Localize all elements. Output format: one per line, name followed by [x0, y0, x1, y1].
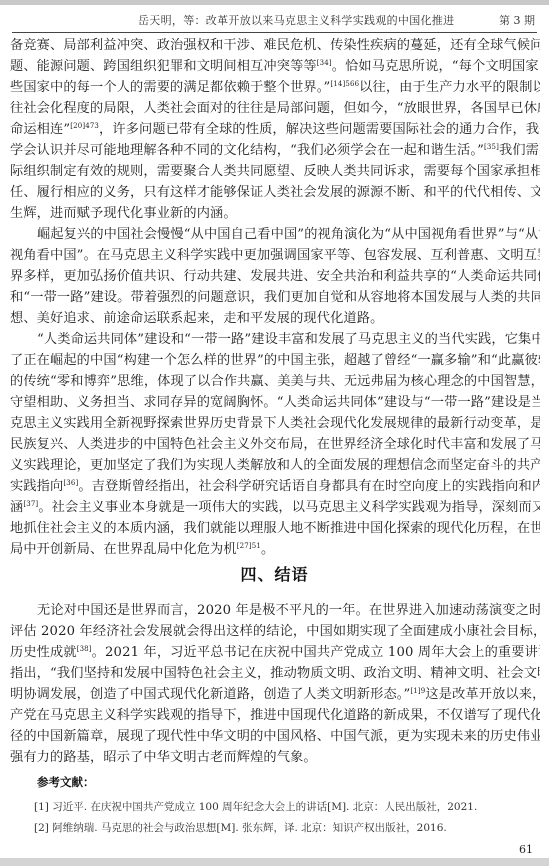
text-line: 往社会化程度的局限，人类社会面对的往往是局部问题，但如今，“放眼世界，各国早已休…: [10, 98, 540, 119]
citation-superscript: [38]: [77, 645, 92, 653]
text-run: 想、美好追求、前途命运联系起来，走和平发展的现代化道路。: [10, 311, 383, 326]
text-run: 生辉，进而赋予现代化事业新的内涵。: [10, 206, 237, 221]
references-title: 参考文献：: [37, 774, 95, 790]
text-run: 以往，由于生产力水平的限制以及交: [359, 80, 540, 95]
citation-superscript: [20]473: [70, 122, 99, 130]
reference-item: [2] 阿维纳瑞. 马克思的社会与政治思想[M]. 张东辉，译. 北京：知识产权…: [34, 818, 477, 839]
text-run: 局中开创新局、在世界乱局中化危为机: [10, 542, 237, 557]
body-paragraph: 备竞赛、局部利益冲突、政治强权和干涉、难民危机、传染性疾病的蔓延，还有全球气候问…: [10, 35, 540, 224]
text-line: 崛起复兴的中国社会慢慢“从中国自己看中国”的视角演化为“从中国视角看世界”与“从…: [10, 224, 540, 245]
header-rule: [12, 32, 537, 33]
running-title: 岳天明，等：改革开放以来马克思主义科学实践观的中国化推进: [138, 12, 454, 30]
text-line: 的传统“零和博弈”思维，体现了以合作共赢、美美与共、无远弗届为核心理念的中国智慧…: [10, 371, 540, 392]
viewer-top-edge: [0, 0, 549, 5]
text-line: 涵[37]。社会主义事业本身就是一项伟大的实践，以马克思主义科学实践观为指导，深…: [10, 497, 540, 518]
page-number: 61: [519, 843, 533, 856]
text-run: 的传统“零和博弈”思维，体现了以合作共赢、美美与共、无远弗届为核心理念的中国智慧…: [10, 374, 540, 389]
text-line: 历史性成就[38]。2021 年，习近平总书记在庆祝中国共产党成立 100 周年…: [10, 642, 540, 663]
viewer-bottom-edge: [0, 858, 549, 866]
text-line: 无论对中国还是世界而言，2020 年是极不平凡的一年。在世界进入加速动荡演变之时…: [10, 600, 540, 621]
citation-superscript: [34]: [317, 59, 332, 67]
text-run: 命运相连”: [10, 122, 70, 137]
text-run: 。: [261, 542, 274, 557]
body-paragraph: “人类命运共同体”建设和“一带一路”建设丰富和发展了马克思主义的当代实践，它集中…: [10, 329, 540, 560]
text-line: 想、美好追求、前途命运联系起来，走和平发展的现代化道路。: [10, 308, 540, 329]
text-run: 往社会化程度的局限，人类社会面对的往往是局部问题，但如今，“放眼世界，各国早已休…: [10, 101, 540, 116]
text-line: 守望相助、义务担当、求同存异的宽阔胸怀。“人类命运共同体”建设与“一带一路”建设…: [10, 392, 540, 413]
text-run: 明协调发展，创造了中国式现代化新道路，创造了人类文明新形态。”: [10, 687, 410, 702]
text-run: “人类命运共同体”建设和“一带一路”建设丰富和发展了马克思主义的当代实践，它集中…: [37, 332, 540, 347]
text-line: 局中开创新局、在世界乱局中化危为机[27]51。: [10, 539, 540, 560]
text-run: 克思主义实践用全新视野探索世界历史背景下人类社会现代化发展规律的最新行动变革，是…: [10, 416, 540, 431]
text-run: 民族复兴、人类进步的中国特色社会主义外交布局，在世界经济全球化时代丰富和发展了马…: [10, 437, 540, 452]
text-run: 历史性成就: [10, 645, 77, 660]
text-line: 义实践理论，更加坚定了我们为实现人类解放和人的全面发展的理想信念而坚定奋斗的共产…: [10, 455, 540, 476]
text-run: 视角看中国”。在马克思主义科学实践中更加强调国家平等、包容发展、互利普惠、文明互…: [10, 248, 540, 263]
text-line: 备竞赛、局部利益冲突、政治强权和干涉、难民危机、传染性疾病的蔓延，还有全球气候问…: [10, 35, 540, 56]
text-run: 题、能源问题、跨国组织犯罪和文明间相互冲突等等: [10, 59, 317, 74]
running-header: 岳天明，等：改革开放以来马克思主义科学实践观的中国化推进 第 3 期: [10, 12, 539, 30]
text-line: 任、履行相应的义务，只有这样才能够保证人类社会发展的源源不断、和平的代代相传、文…: [10, 182, 540, 203]
citation-superscript: [35]: [484, 143, 499, 151]
article-body: 备竞赛、局部利益冲突、政治强权和干涉、难民危机、传染性疾病的蔓延，还有全球气候问…: [10, 35, 540, 560]
text-line: 评估 2020 年经济社会发展就会得出这样的结论，中国如期实现了全面建成小康社会…: [10, 621, 540, 642]
text-run: 学会认识并尽可能地理解各种不同的文化结构，“我们必须学会在一起和谐生活。”: [10, 143, 484, 158]
text-line: 学会认识并尽可能地理解各种不同的文化结构，“我们必须学会在一起和谐生活。”[35…: [10, 140, 540, 161]
text-run: 。社会主义事业本身就是一项伟大的实践，以马克思主义科学实践观为指导，深刻而又彻底: [38, 500, 540, 515]
section-heading: 四、结语: [0, 562, 549, 585]
text-line: 明协调发展，创造了中国式现代化新道路，创造了人类文明新形态。”[1]9这是改革开…: [10, 684, 540, 705]
citation-superscript: [37]: [23, 500, 38, 508]
text-run: 我们需要国: [499, 143, 540, 158]
text-line: 命运相连”[20]473，许多问题已带有全球的性质，解决这些问题需要国际社会的通…: [10, 119, 540, 140]
text-run: 任、履行相应的义务，只有这样才能够保证人类社会发展的源源不断、和平的代代相传、文…: [10, 185, 540, 200]
text-run: 界多样，更加弘扬价值共识、行动共建、发展共进、安全共治和利益共享的“人类命运共同…: [10, 269, 540, 284]
text-line: 视角看中国”。在马克思主义科学实践中更加强调国家平等、包容发展、互利普惠、文明互…: [10, 245, 540, 266]
text-line: 了正在崛起的中国“构建一个怎么样的世界”的中国主张，超越了曾经“一赢多输”和“此…: [10, 350, 540, 371]
citation-superscript: [27]51: [237, 542, 261, 550]
text-run: 些国家中的每一个人的需要的满足都依赖于整个世界。”: [10, 80, 330, 95]
text-run: 。恰如马克思所说，“每个文明国家以及这: [332, 59, 540, 74]
text-run: 。吉登斯曾经指出，社会科学研究话语自身都具有在时空向度上的实践指向和内: [78, 479, 540, 494]
reference-item: [1] 习近平. 在庆祝中国共产党成立 100 周年纪念大会上的讲话[M]. 北…: [34, 797, 477, 818]
text-line: 产党在马克思主义科学实践观的指导下，推进中国现代化道路的新成果，不仅谱写了现代化…: [10, 705, 540, 726]
text-line: 际组织制定有效的规则，需要聚合人类共同愿望、反映人类共同诉求，需要每个国家承担相…: [10, 161, 540, 182]
text-run: 产党在马克思主义科学实践观的指导下，推进中国现代化道路的新成果，不仅谱写了现代化…: [10, 708, 540, 723]
text-line: 实践指向[36]。吉登斯曾经指出，社会科学研究话语自身都具有在时空向度上的实践指…: [10, 476, 540, 497]
text-line: 生辉，进而赋予现代化事业新的内涵。: [10, 203, 540, 224]
text-run: 涵: [10, 500, 23, 515]
text-run: 这是改革开放以来，中国共: [425, 687, 540, 702]
text-line: “人类命运共同体”建设和“一带一路”建设丰富和发展了马克思主义的当代实践，它集中…: [10, 329, 540, 350]
citation-superscript: [1]9: [410, 687, 425, 695]
text-run: 和“一带一路”建设。带着强烈的问题意识，我们更加自觉和从容地将本国发展与人类的共…: [10, 290, 540, 305]
text-run: 地抓住社会主义的本质内涵，我们就能以理服人地不断推进中国化探索的现代化历程，在世…: [10, 521, 540, 536]
text-line: 界多样，更加弘扬价值共识、行动共建、发展共进、安全共治和利益共享的“人类命运共同…: [10, 266, 540, 287]
text-line: 些国家中的每一个人的需要的满足都依赖于整个世界。”[14]566以往，由于生产力…: [10, 77, 540, 98]
text-run: 守望相助、义务担当、求同存异的宽阔胸怀。“人类命运共同体”建设与“一带一路”建设…: [10, 395, 540, 410]
text-run: 指出，“我们坚持和发展中国特色社会主义，推动物质文明、政治文明、精神文明、社会文…: [10, 666, 540, 681]
citation-superscript: [36]: [63, 479, 78, 487]
text-run: 崛起复兴的中国社会慢慢“从中国自己看中国”的视角演化为“从中国视角看世界”与“从…: [37, 227, 540, 242]
text-line: 题、能源问题、跨国组织犯罪和文明间相互冲突等等[34]。恰如马克思所说，“每个文…: [10, 56, 540, 77]
text-line: 指出，“我们坚持和发展中国特色社会主义，推动物质文明、政治文明、精神文明、社会文…: [10, 663, 540, 684]
issue-number: 第 3 期: [499, 12, 535, 30]
text-run: 评估 2020 年经济社会发展就会得出这样的结论，中国如期实现了全面建成小康社会…: [10, 624, 540, 639]
text-run: 无论对中国还是世界而言，2020 年是极不平凡的一年。在世界进入加速动荡演变之时…: [37, 603, 540, 618]
text-run: 。2021 年，习近平总书记在庆祝中国共产党成立 100 周年大会上的重要讲话中…: [92, 645, 540, 660]
text-run: 义实践理论，更加坚定了我们为实现人类解放和人的全面发展的理想信念而坚定奋斗的共产…: [10, 458, 540, 473]
text-run: 了正在崛起的中国“构建一个怎么样的世界”的中国主张，超越了曾经“一赢多输”和“此…: [10, 353, 540, 368]
citation-superscript: [14]566: [330, 80, 359, 88]
text-run: 际组织制定有效的规则，需要聚合人类共同愿望、反映人类共同诉求，需要每个国家承担相…: [10, 164, 540, 179]
conclusion-paragraph: 无论对中国还是世界而言，2020 年是极不平凡的一年。在世界进入加速动荡演变之时…: [10, 600, 540, 768]
text-line: 克思主义实践用全新视野探索世界历史背景下人类社会现代化发展规律的最新行动变革，是…: [10, 413, 540, 434]
text-run: ，许多问题已带有全球的性质，解决这些问题需要国际社会的通力合作，我们必须: [99, 122, 540, 137]
text-run: 强有力的路基，昭示了中华文明古老而辉煌的气象。: [10, 750, 317, 765]
text-line: 地抓住社会主义的本质内涵，我们就能以理服人地不断推进中国化探索的现代化历程，在世…: [10, 518, 540, 539]
references-list: [1] 习近平. 在庆祝中国共产党成立 100 周年纪念大会上的讲话[M]. 北…: [34, 797, 477, 839]
text-line: 径的中国新篇章，展现了现代性中华文明的中国风格、中国气派，更为实现未来的历史伟业…: [10, 726, 540, 747]
text-line: 民族复兴、人类进步的中国特色社会主义外交布局，在世界经济全球化时代丰富和发展了马…: [10, 434, 540, 455]
text-run: 实践指向: [10, 479, 63, 494]
text-run: 备竞赛、局部利益冲突、政治强权和干涉、难民危机、传染性疾病的蔓延，还有全球气候问…: [10, 38, 540, 53]
body-paragraph: 崛起复兴的中国社会慢慢“从中国自己看中国”的视角演化为“从中国视角看世界”与“从…: [10, 224, 540, 329]
text-run: 径的中国新篇章，展现了现代性中华文明的中国风格、中国气派，更为实现未来的历史伟业…: [10, 729, 540, 744]
text-line: 强有力的路基，昭示了中华文明古老而辉煌的气象。: [10, 747, 540, 768]
text-line: 和“一带一路”建设。带着强烈的问题意识，我们更加自觉和从容地将本国发展与人类的共…: [10, 287, 540, 308]
